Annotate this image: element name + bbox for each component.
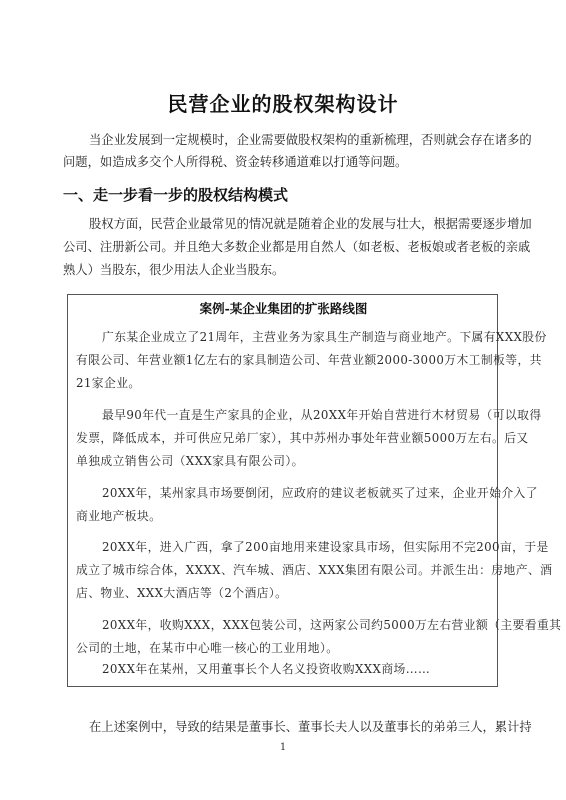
case-line: 20XX年，收购XXX，XXX包装公司，这两家公司约5000万左右营业额（主要看…	[102, 617, 561, 633]
intro-line-1: 当企业发展到一定规模时，企业需要做股权架构的重新梳理，否则就会存在诸多的	[89, 132, 532, 148]
intro-line-2: 问题，如造成多交个人所得税、资金转移通道难以打通等问题。	[63, 154, 407, 170]
case-line: 20XX年，某州家具市场要倒闭，应政府的建议老板就买了过来，企业开始介入了	[102, 485, 538, 501]
case-line: 广东某企业成立了21周年，主营业务为家具生产制造与商业地产。下属有XXX股份	[102, 329, 547, 345]
closing-line: 在上述案例中，导致的结果是董事长、董事长夫人以及董事长的弟弟三人，累计持	[89, 719, 532, 735]
case-line: 有限公司、年营业额1亿左右的家具制造公司、年营业额2000-3000万木工制板等…	[76, 352, 542, 368]
section-paragraph-line-3: 熟人）当股东，很少用法人企业当股东。	[63, 262, 284, 278]
section-paragraph-line-2: 公司、注册新公司。并且绝大多数企业都是用自然人（如老板、老板娘或者老板的亲戚	[63, 239, 530, 255]
case-line: 20XX年在某州，又用董事长个人名义投资收购XXX商场……	[102, 661, 430, 677]
case-line: 发票，降低成本，并可供应兄弟厂家），其中苏州办事处年营业额5000万左右。后又	[76, 430, 529, 446]
section-heading: 一、走一步看一步的股权结构模式	[63, 184, 288, 205]
case-line: 最早90年代一直是生产家具的企业，从20XX年开始自营进行木材贸易（可以取得	[102, 407, 542, 423]
case-study-title: 案例-某企业集团的扩张路线图	[68, 299, 499, 317]
case-line: 21家企业。	[76, 375, 141, 391]
case-line: 成立了城市综合体，XXXX、汽车城、酒店、XXX集团有限公司。并派生出：房地产、…	[76, 562, 552, 578]
case-line: 商业地产板块。	[76, 508, 161, 524]
case-line: 20XX年，进入广西，拿了200亩地用来建设家具市场，但实际用不完200亩，于是	[102, 539, 549, 555]
document-title: 民营企业的股权架构设计	[0, 88, 566, 117]
case-line: 公司的土地，在某市中心唯一核心的工业用地）。	[76, 640, 338, 656]
page-number: 1	[0, 742, 566, 753]
section-paragraph-line-1: 股权方面，民营企业最常见的情况就是随着企业的发展与壮大，根据需要逐步增加	[89, 216, 532, 232]
case-line: 单独成立销售公司（XXX家具有限公司）。	[76, 453, 304, 469]
case-study-box: 案例-某企业集团的扩张路线图 广东某企业成立了21周年，主营业务为家具生产制造与…	[67, 294, 498, 687]
case-line: 店、物业、XXX大酒店等（2个酒店）。	[76, 585, 287, 601]
